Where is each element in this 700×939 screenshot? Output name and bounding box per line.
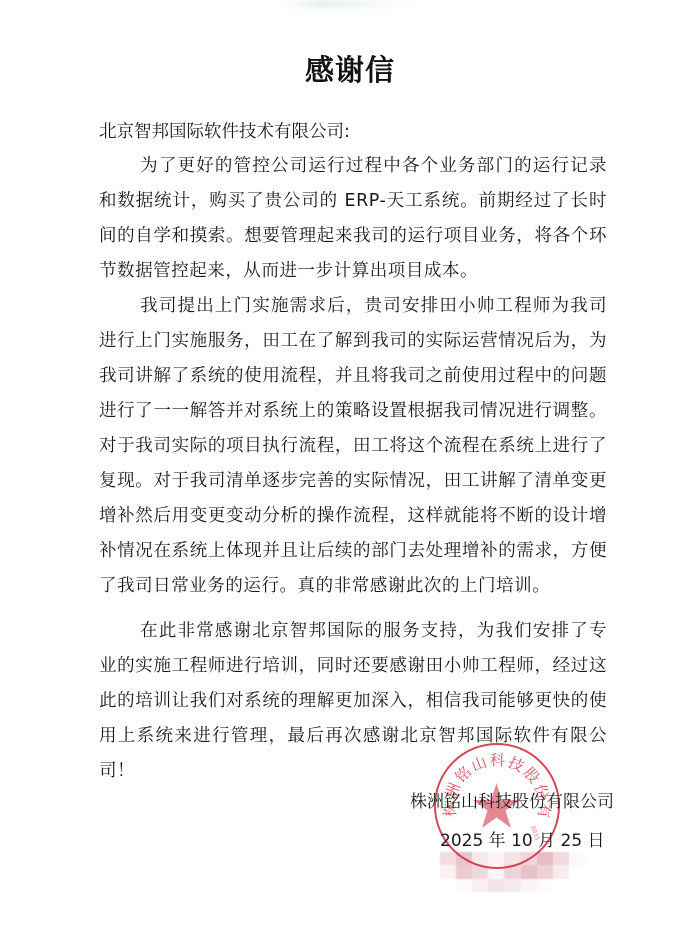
letter-title: 感谢信	[0, 51, 700, 89]
letter-page: 感谢信 北京智邦国际软件技术有限公司: 为了更好的管控公司运行过程中各个业务部门…	[0, 0, 700, 939]
signature-date: 2025 年 10 月 25 日	[440, 829, 605, 853]
signature-company: 株洲铭山科技股份有限公司	[410, 790, 614, 814]
scan-artifact	[280, 0, 420, 8]
paragraph-1: 为了更好的管控公司运行过程中各个业务部门的运行记录和数据统计，购买了贵公司的 E…	[99, 149, 607, 289]
paragraph-2: 我司提出上门实施需求后，贵司安排田小帅工程师为我司进行上门实施服务，田工在了解到…	[99, 289, 607, 604]
salutation: 北京智邦国际软件技术有限公司:	[99, 120, 350, 144]
